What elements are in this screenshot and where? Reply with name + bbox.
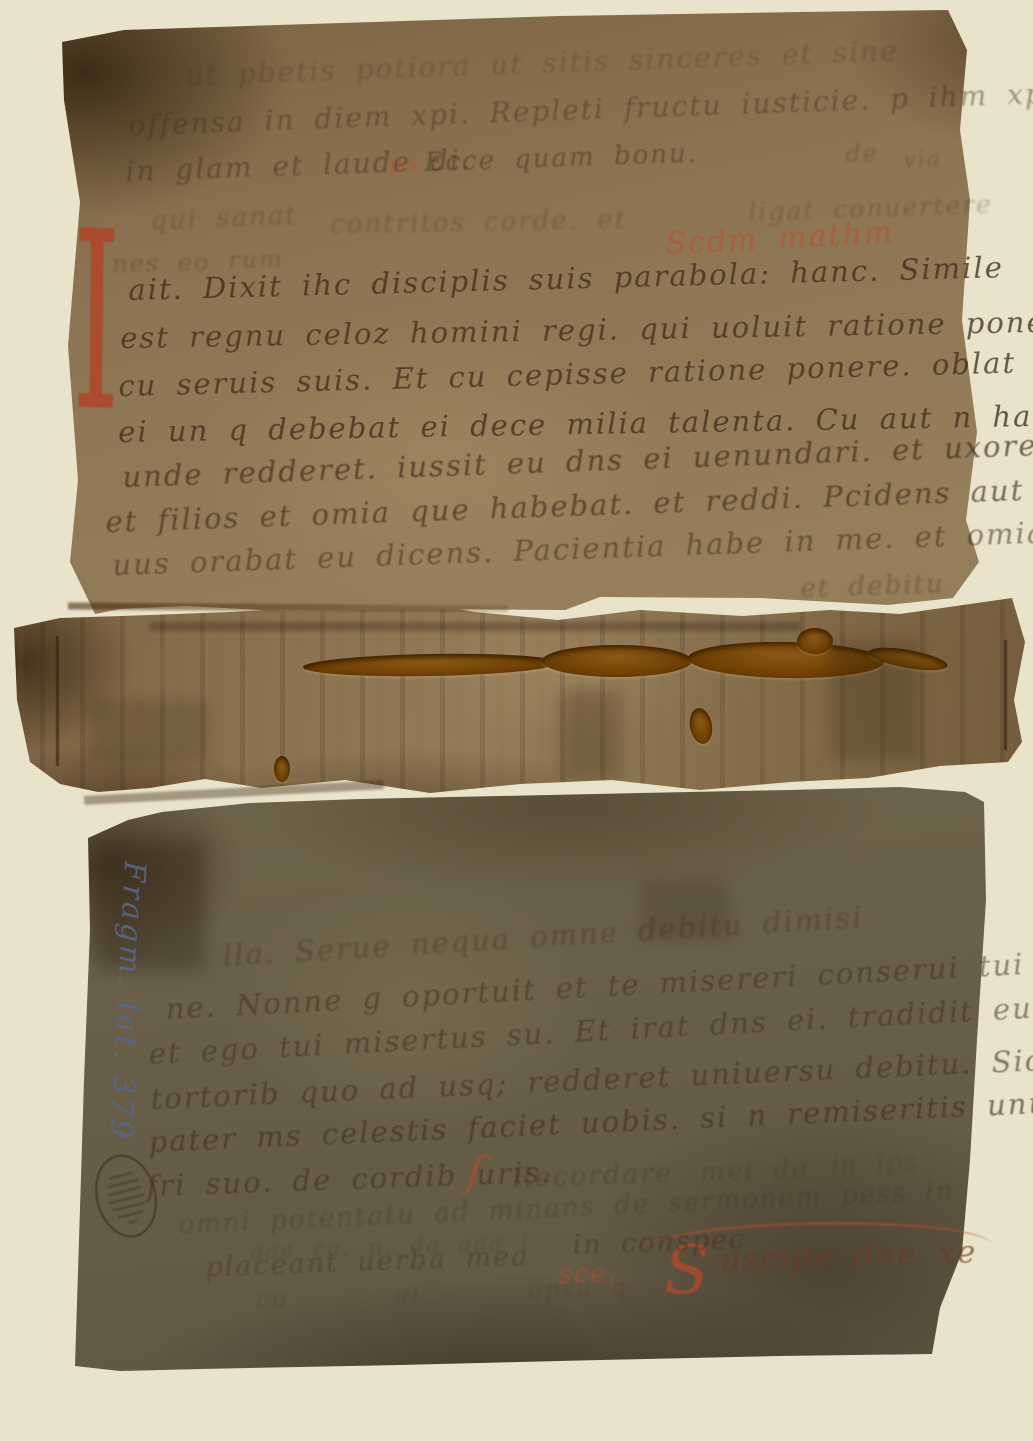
manuscript-line: mei de	[700, 1156, 809, 1186]
manuscript-line: in ips	[830, 1149, 920, 1177]
stamp-text-lines	[102, 1164, 150, 1227]
photograph-of-manuscript-fragment: I S Fragm. lat. 379 ut pbetis potiora ut…	[0, 0, 1033, 1441]
manuscript-line: uscipe dne xe	[720, 1237, 978, 1277]
manuscript-line: Ecce quam bonu.	[424, 140, 698, 176]
manuscript-line: contritos corde. et	[330, 207, 627, 238]
manuscript-line: ut pbetis potiora ut sitis sinceres et s…	[185, 37, 899, 90]
manuscript-line: via	[903, 149, 942, 172]
manuscript-line: ps	[388, 151, 421, 176]
manuscript-line: qui sanat	[150, 203, 298, 234]
manuscript-line: est regnu celoz homini regi. qui uoluit …	[120, 307, 1033, 353]
manuscript-line: de	[845, 141, 879, 166]
manuscript-line: Recordare	[512, 1159, 674, 1192]
manuscript-line: et debitu	[800, 571, 945, 602]
manuscript-line: cu seruis suis. Et cu cepisse ratione po…	[118, 347, 1033, 401]
shelfmark-label: Fragm. lat. 379	[102, 860, 152, 1142]
manuscript-text-layer: I S Fragm. lat. 379 ut pbetis potiora ut…	[0, 0, 1033, 1441]
manuscript-line: cu ui upsu q	[255, 1275, 629, 1312]
manuscript-line: fri suo. de cordib uris.	[146, 1158, 553, 1201]
